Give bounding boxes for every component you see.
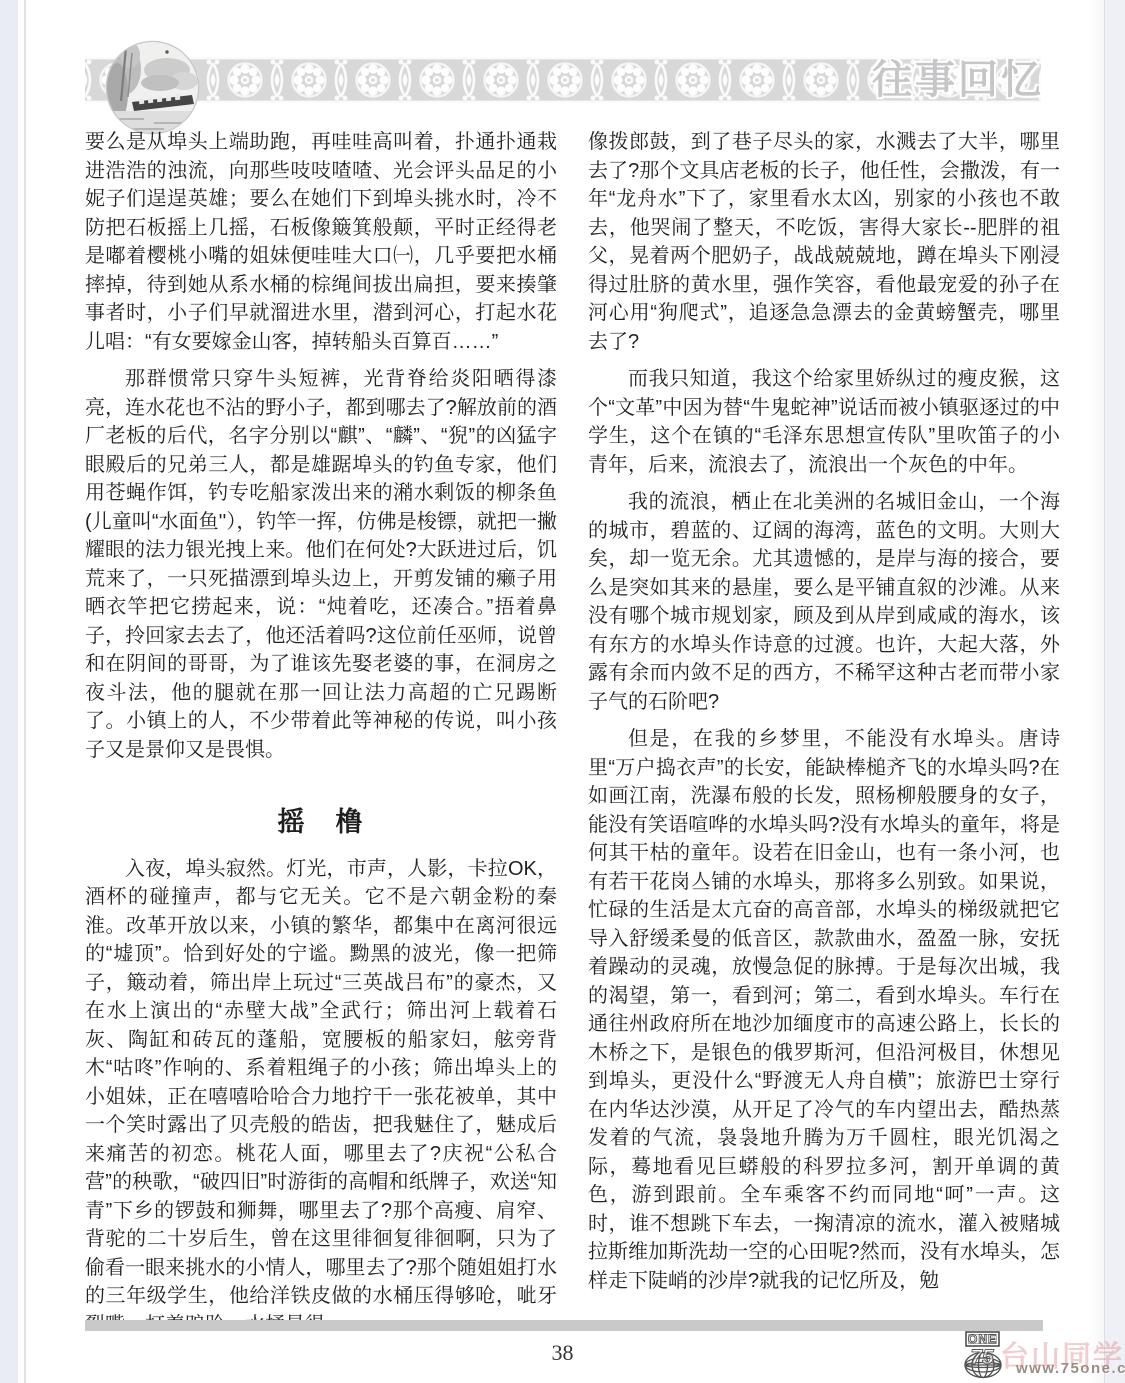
- paragraph: 我的流浪，栖止在北美洲的名城旧金山，一个海的城市，碧蓝的、辽阔的海湾，蓝色的文明…: [588, 488, 1060, 716]
- paragraph-continuation: 要么是从埠头上端助跑，再哇哇高叫着，扑通扑通栽进浩浩的浊流，向那些吱吱喳喳、光会…: [85, 128, 557, 356]
- paragraph: 那群惯常只穿牛头短裤，光背脊给炎阳晒得漆亮，连水花也不沾的野小子，都到哪去了?解…: [85, 365, 557, 764]
- page-edge-shadow: [1086, 0, 1104, 1383]
- page-edge-right: [1104, 0, 1125, 1383]
- bridge-photo: [104, 39, 201, 136]
- logo-text: ONE: [968, 1332, 997, 1346]
- page-edge-left: [0, 0, 18, 1383]
- article-left-column: 要么是从埠头上端助跑，再哇哇高叫着，扑通扑通栽进浩浩的浊流，向那些吱吱喳喳、光会…: [85, 128, 557, 1322]
- watermark: 台山同学网 www.75one.cn 75 ONE: [958, 1330, 1125, 1383]
- paragraph-continuation: 像拨郎鼓，到了巷子尽头的家，水溅去了大半，哪里去了?那个文具店老板的长子，他任性…: [588, 128, 1060, 356]
- page-title: 往事回忆: [872, 57, 1044, 103]
- page-fold-line: [24, 0, 26, 1383]
- logo-numeral: 75: [970, 1346, 994, 1369]
- footer-divider: [85, 1320, 1043, 1331]
- bridge-ink-painting-icon: [104, 39, 201, 136]
- paragraph: 但是，在我的乡梦里，不能没有水埠头。唐诗里“万户捣衣声”的长安，能缺棒槌齐飞的水…: [588, 725, 1060, 1295]
- paragraph: 入夜，埠头寂然。灯光，市声，人影，卡拉OK，酒杯的碰撞声，都与它无关。它不是六朝…: [85, 855, 557, 1323]
- page-number: 38: [0, 1340, 1125, 1366]
- one-globe-logo-icon: 75 ONE: [958, 1330, 1016, 1382]
- article-right-column: 像拨郎鼓，到了巷子尽头的家，水溅去了大半，哪里去了?那个文具店老板的长子，他任性…: [588, 128, 1060, 1322]
- section-heading: 摇 橹: [85, 808, 557, 837]
- paragraph: 而我只知道，我这个给家里娇纵过的瘦皮猴，这个“文革”中因为替“牛鬼蛇神”说话而被…: [588, 365, 1060, 479]
- watermark-url: www.75one.cn: [1016, 1360, 1125, 1377]
